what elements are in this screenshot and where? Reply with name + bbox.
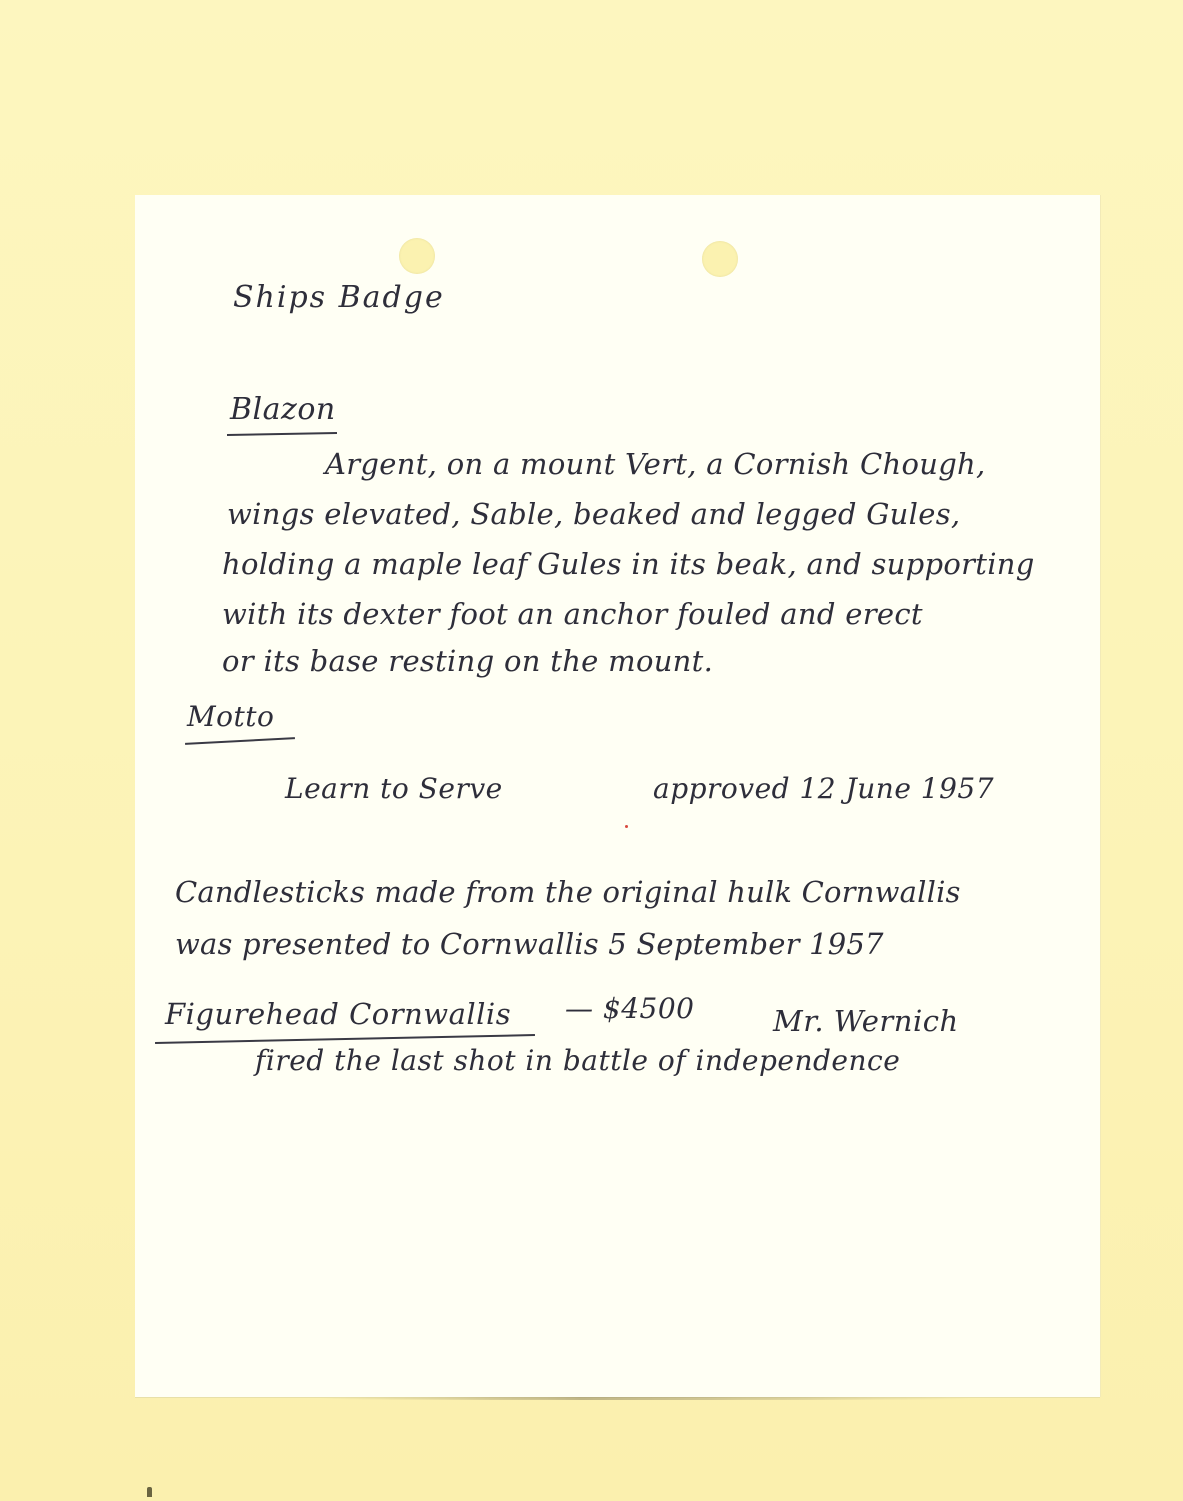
handwritten-page: Ships Badge Blazon Argent, on a mount Ve… — [135, 195, 1100, 1397]
page-title: Ships Badge — [233, 283, 445, 313]
note-line: was presented to Cornwallis 5 September … — [175, 930, 884, 959]
figurehead-person: Mr. Wernich — [773, 1007, 959, 1036]
blazon-line: Argent, on a mount Vert, a Cornish Choug… — [325, 450, 986, 479]
motto-heading-underline — [185, 737, 295, 745]
motto-approval-date: approved 12 June 1957 — [653, 775, 994, 803]
blazon-line: holding a maple leaf Gules in its beak, … — [222, 550, 1035, 579]
blazon-line: wings elevated, Sable, beaked and legged… — [227, 500, 960, 529]
scan-artifact — [147, 1487, 152, 1497]
figurehead-label: Figurehead Cornwallis — [165, 1000, 511, 1029]
motto-text: Learn to Serve — [285, 775, 503, 803]
red-ink-dot — [625, 825, 628, 828]
blazon-heading-underline — [227, 432, 337, 436]
punch-hole-left — [399, 238, 435, 274]
blazon-line: or its base resting on the mount. — [222, 647, 713, 676]
blazon-heading: Blazon — [230, 395, 336, 425]
figurehead-underline — [155, 1034, 535, 1044]
blazon-line: with its dexter foot an anchor fouled an… — [222, 600, 923, 629]
figurehead-price: — $4500 — [565, 995, 694, 1023]
figurehead-note: fired the last shot in battle of indepen… — [255, 1047, 900, 1075]
motto-heading: Motto — [187, 703, 274, 731]
punch-hole-right — [702, 241, 738, 277]
note-line: Candlesticks made from the original hulk… — [175, 878, 961, 907]
